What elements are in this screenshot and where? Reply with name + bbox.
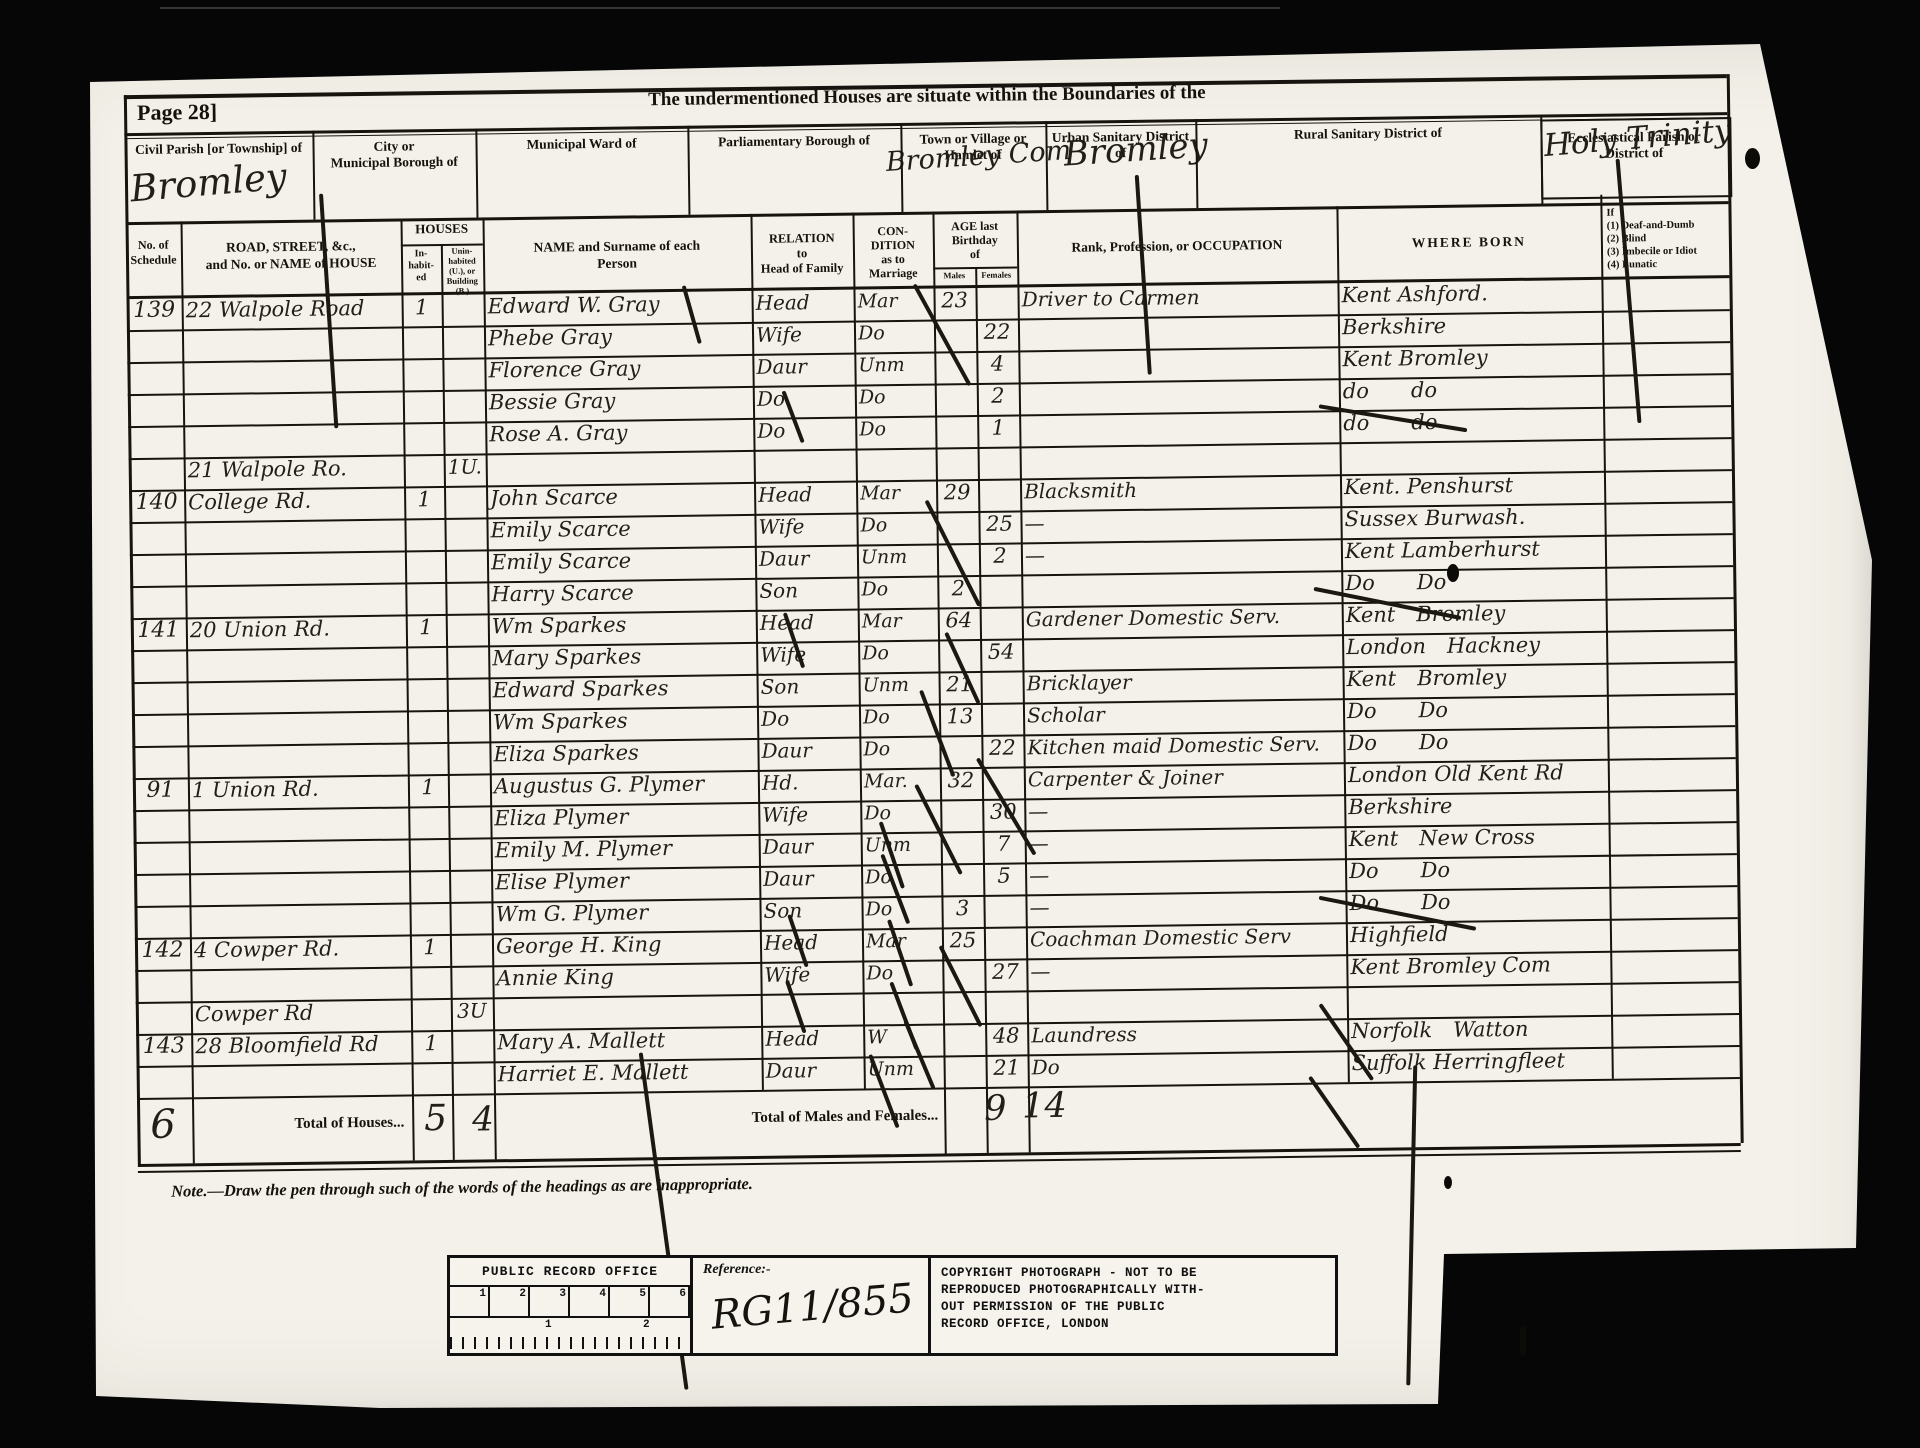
cell-condition: Do: [858, 318, 930, 349]
cell-uninhabited: 3U: [455, 995, 489, 1025]
cell-relation: Wife: [756, 319, 850, 350]
cell-condition: W: [867, 1022, 939, 1053]
cell-relation: Head: [758, 479, 852, 510]
rule: [138, 1143, 1741, 1167]
pen-stroke: [939, 945, 983, 1027]
pen-stroke: [1406, 1065, 1416, 1385]
cell-inhabited: 1: [412, 772, 444, 802]
cell-relation: Do: [761, 703, 855, 734]
copyright-section: COPYRIGHT PHOTOGRAPH - NOT TO BE REPRODU…: [931, 1258, 1335, 1353]
col-name: NAME and Surname of each Person: [483, 236, 751, 274]
col-relation: RELATION to Head of Family: [751, 231, 854, 277]
pen-stroke: [1135, 175, 1152, 375]
cell-relation: Daur: [756, 351, 850, 382]
cell-relation: Son: [760, 671, 854, 702]
rule: [441, 244, 455, 1160]
pen-stroke: [1308, 1076, 1360, 1149]
census-form: Page 28] The undermentioned Houses are s…: [0, 0, 1920, 1448]
totals-mf-label: Total of Males and Females...: [560, 1108, 938, 1130]
cell-schedule: 143: [140, 1031, 187, 1062]
totals-inhabited: 5: [424, 1098, 447, 1139]
cell-relation: Head: [764, 927, 858, 958]
col-condition: CON- DITION as to Marriage: [853, 224, 934, 281]
totals-houses-label: Total of Houses...: [192, 1115, 404, 1135]
cell-condition: Mar: [862, 606, 934, 637]
cell-inhabited: 1: [408, 484, 440, 514]
cell-relation: Son: [759, 575, 853, 606]
pro-inch-ruler: 123456: [450, 1287, 690, 1318]
ink-mark: [1520, 1326, 1526, 1356]
cell-schedule: 142: [139, 935, 186, 966]
cell-relation: Do: [757, 383, 851, 414]
cell-age_f: 1: [981, 412, 1015, 442]
ink-blob: [1745, 148, 1760, 169]
ink-blob: [1444, 1176, 1452, 1189]
cell-age_m: 25: [946, 925, 980, 955]
cell-relation: Hd.: [762, 767, 856, 798]
rule: [1727, 74, 1744, 1143]
cell-age_f: 22: [980, 316, 1014, 346]
pen-strokes: [0, 0, 1905, 2]
cell-relation: Wife: [760, 639, 854, 670]
cell-age_f: 21: [989, 1052, 1023, 1082]
ink-blob: [1447, 564, 1459, 582]
cell-inhabited: 1: [405, 292, 437, 322]
footnote: Note.—Draw the pen through such of the w…: [171, 1174, 753, 1202]
cell-relation: Daur: [765, 1055, 859, 1086]
cell-condition: Unm: [858, 350, 930, 381]
col-occupation: Rank, Profession, or OCCUPATION: [1017, 236, 1337, 256]
pro-cm-ruler: 12: [450, 1318, 690, 1349]
cell-age_m: 3: [945, 893, 979, 923]
page-number: Page 28]: [137, 99, 217, 126]
col-males: Males: [933, 270, 975, 281]
cell-age_f: 2: [983, 540, 1017, 570]
cell-condition: Mar: [860, 478, 932, 509]
cell-age_m: 64: [942, 605, 976, 635]
rule: [126, 201, 1729, 225]
cell-age_m: 23: [937, 285, 971, 315]
cell-age_m: 29: [940, 477, 974, 507]
civil-parish-entry: Bromley: [128, 155, 288, 211]
cell-condition: Do: [862, 638, 934, 669]
cell-relation: Wife: [758, 511, 852, 542]
cell-relation: Head: [760, 607, 854, 638]
cell-condition: Do: [861, 574, 933, 605]
cell-age_f: 54: [984, 636, 1018, 666]
cell-age_f: 27: [988, 956, 1022, 986]
cell-age_f: 22: [985, 732, 1019, 762]
totals-uninhabited: 4: [472, 1099, 494, 1139]
cell-condition: Do: [863, 734, 935, 765]
cell-age_f: 5: [987, 860, 1021, 890]
cell-condition: Mar.: [864, 766, 936, 797]
cell-condition: Unm: [865, 830, 937, 861]
cell-relation: Daur: [761, 735, 855, 766]
cell-condition: Do: [859, 414, 931, 445]
cell-condition: Do: [860, 510, 932, 541]
inch-mark: 2: [490, 1287, 530, 1316]
pro-title: PUBLIC RECORD OFFICE: [450, 1258, 690, 1287]
col-road: ROAD, STREET, &c., and No. or NAME of HO…: [181, 237, 401, 274]
cell-condition: Unm: [861, 542, 933, 573]
cm-mark: 1: [545, 1319, 552, 1331]
census-scan-page: { "page": { "label": "Page 28]", "title"…: [0, 0, 1920, 1448]
cell-age_f: 25: [982, 508, 1016, 538]
cell-schedule: 139: [130, 295, 177, 326]
inch-mark: 3: [530, 1287, 570, 1316]
cell-condition: Mar: [866, 926, 938, 957]
totals-males: 9: [984, 1089, 1007, 1129]
col-born: WHERE BORN: [1337, 233, 1601, 252]
col-houses: HOUSES: [401, 220, 483, 237]
inch-mark: 5: [610, 1287, 650, 1316]
inch-mark: 4: [570, 1287, 610, 1316]
cell-age_f: 2: [981, 380, 1015, 410]
reference-label: Reference:-: [703, 1262, 771, 1278]
cell-schedule: 141: [135, 615, 182, 646]
cell-age_m: 13: [943, 701, 977, 731]
cell-relation: Daur: [763, 863, 857, 894]
reference-section: Reference:- RG11/855: [693, 1258, 931, 1353]
cell-relation: Head: [765, 1023, 859, 1054]
cell-road: 22 Walpole Road: [185, 293, 397, 326]
totals-females: 14: [1022, 1086, 1067, 1127]
cell-condition: Do: [859, 382, 931, 413]
col-schedule: No. of Schedule: [126, 237, 181, 268]
col-inhabited: In- habit- ed: [401, 248, 441, 285]
cell-relation: Daur: [759, 543, 853, 574]
census-rows: 13922 Walpole Road1Edward W. GrayHeadMar…: [0, 0, 1905, 2]
cell-age_f: 7: [987, 828, 1021, 858]
cell-inhabited: 1: [410, 612, 442, 642]
inch-mark: 6: [650, 1287, 690, 1316]
totals-schedule-mark: 6: [150, 1102, 176, 1148]
col-uninhabited: Unin- habited (U.), or Building (B.): [441, 245, 484, 296]
cell-age_f: 4: [980, 348, 1014, 378]
cell-inhabited: 1: [415, 1028, 447, 1058]
cell-schedule: 140: [133, 487, 180, 518]
cell-uninhabited: 1U.: [448, 451, 482, 481]
cell-relation: Son: [763, 895, 857, 926]
cell-relation: Daur: [763, 831, 857, 862]
cell-relation: Wife: [762, 799, 856, 830]
inch-mark: 1: [450, 1287, 490, 1316]
copyright-text: COPYRIGHT PHOTOGRAPH - NOT TO BE REPRODU…: [931, 1258, 1335, 1333]
cell-schedule: 91: [137, 775, 184, 806]
col-females: Females: [975, 269, 1017, 280]
cm-mark: 2: [643, 1319, 650, 1331]
cell-relation: Wife: [764, 959, 858, 990]
cell-inhabited: 1: [414, 932, 446, 962]
pro-stamp: PUBLIC RECORD OFFICE 123456 12 Reference…: [447, 1255, 1338, 1356]
district-borough: City or Municipal Borough of: [312, 131, 475, 172]
cell-age_f: 48: [989, 1020, 1023, 1050]
pro-ruler-section: PUBLIC RECORD OFFICE 123456 12: [450, 1258, 693, 1353]
col-age: AGE last Birthday of: [933, 218, 1018, 261]
cell-relation: Head: [755, 287, 849, 318]
reference-value: RG11/855: [709, 1275, 915, 1338]
urban-sanitary-entry: Bromley: [1062, 125, 1208, 174]
table-rules: [0, 0, 1905, 2]
